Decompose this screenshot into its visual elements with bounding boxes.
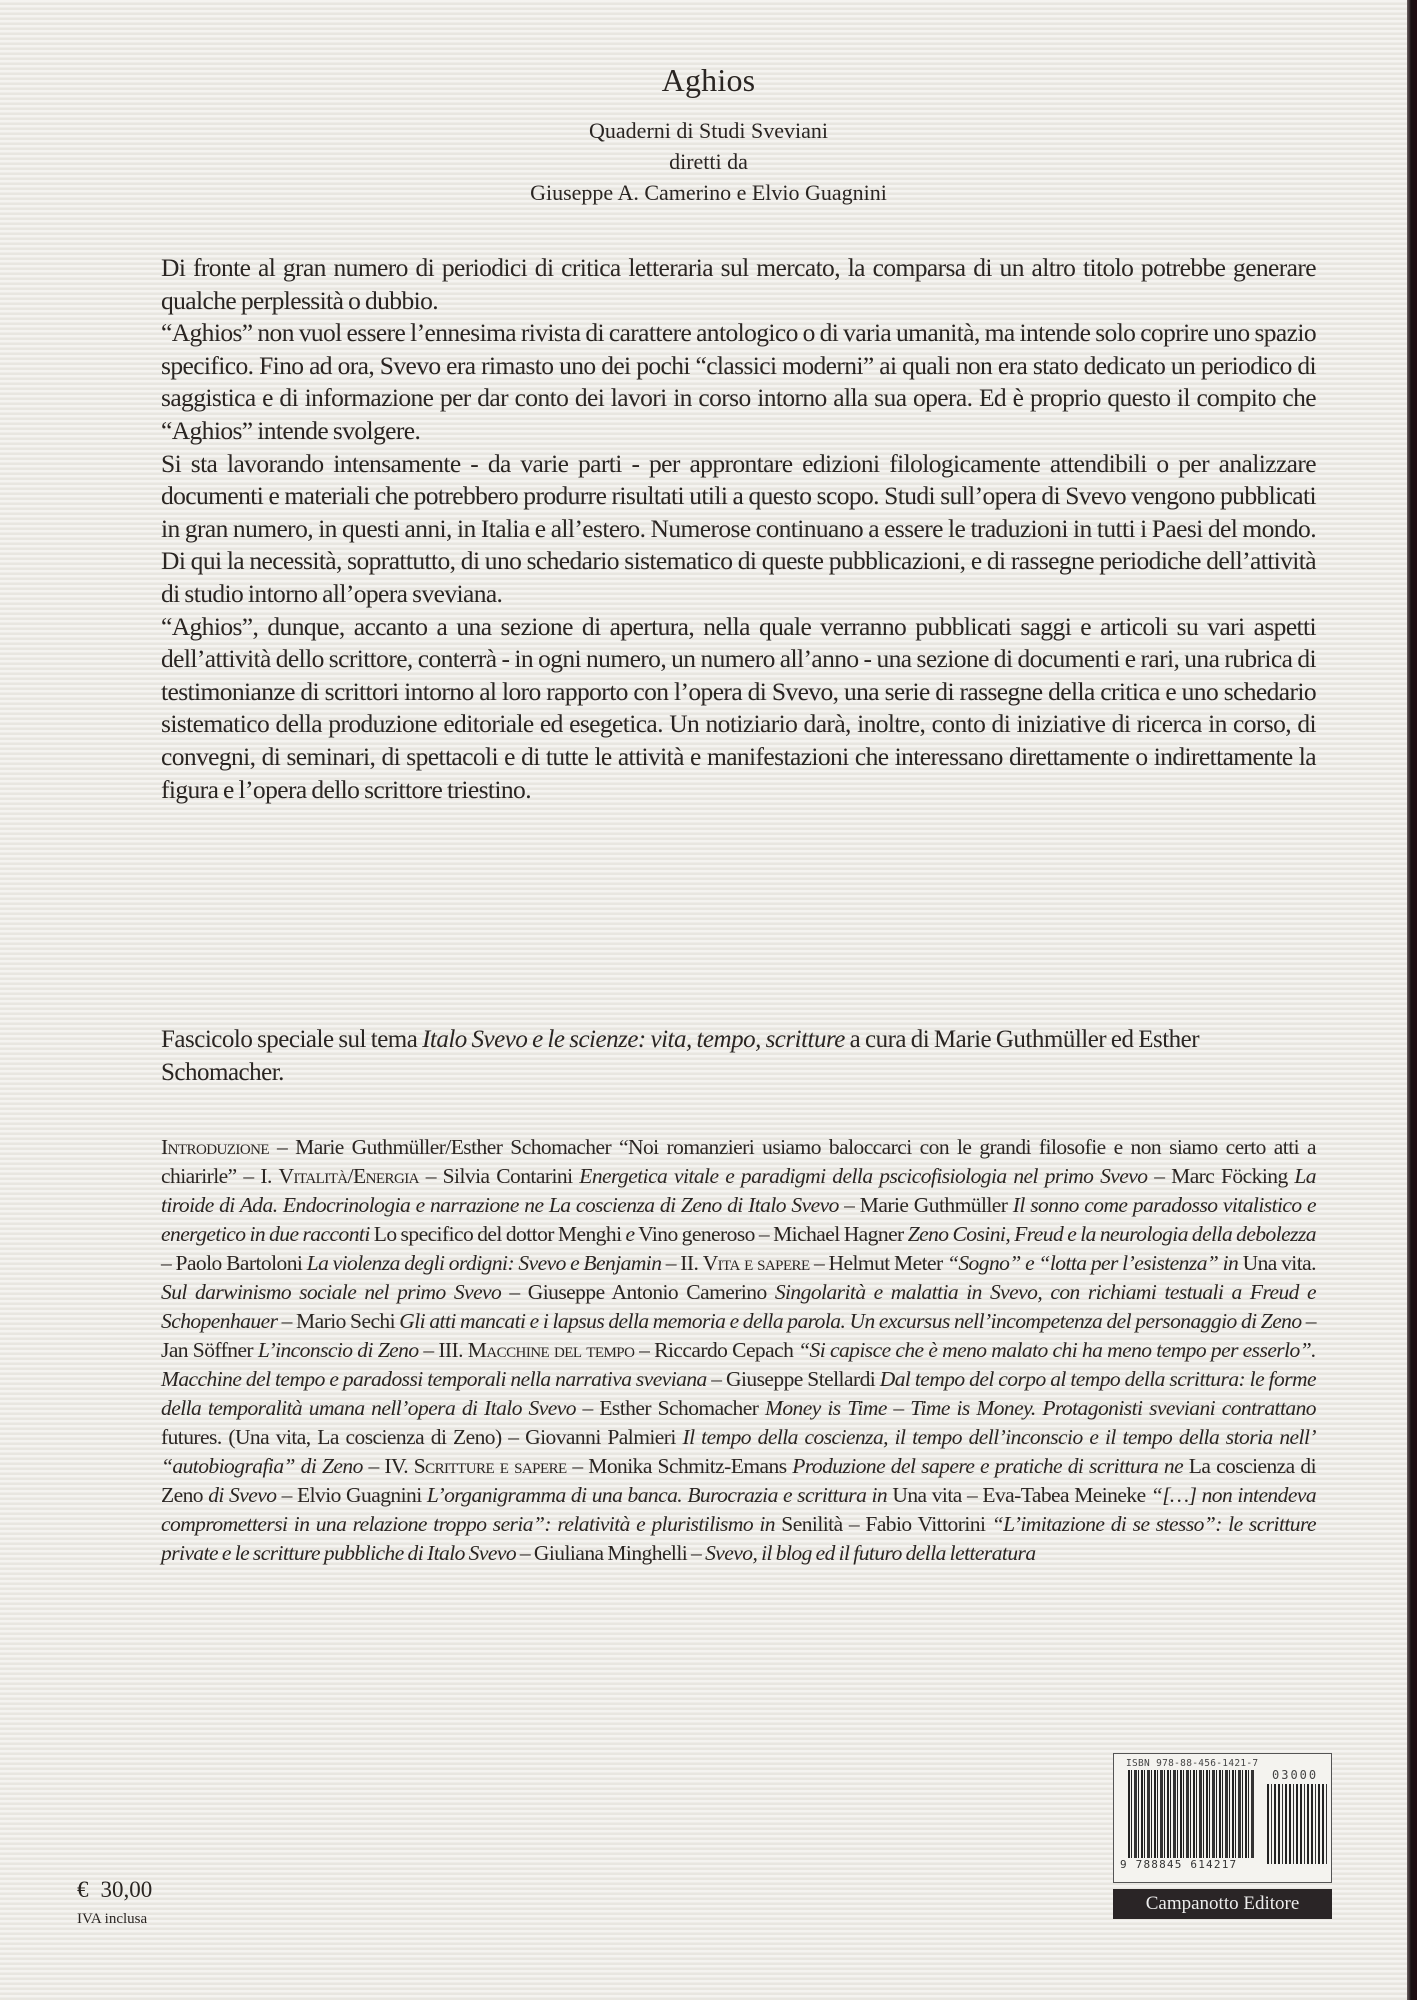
contents-text: – Mario Sechi <box>277 1309 399 1333</box>
contents-text: – Silvia Contarini <box>419 1164 579 1188</box>
description-paragraph: “Aghios”, dunque, accanto a una sezione … <box>161 611 1316 807</box>
currency-symbol: € <box>77 1877 89 1902</box>
contents-text: futures. (Una vita, La coscienza di Zeno… <box>161 1425 683 1449</box>
description-paragraph: Di fronte al gran numero di periodici di… <box>161 252 1316 317</box>
directed-by-label: diretti da <box>0 146 1417 177</box>
series-title: Aghios <box>0 62 1417 99</box>
barcode-addon-bars-icon <box>1267 1784 1329 1864</box>
contents-text: – III. <box>419 1338 468 1362</box>
article-title: La violenza degli ordigni: Svevo e Benja… <box>307 1251 662 1275</box>
article-title: “Sogno” e “lotta per l’esistenza” in <box>947 1251 1238 1275</box>
contents-text: – Giuseppe Stellardi <box>707 1367 880 1391</box>
contents-text: – Marc Föcking <box>1147 1164 1294 1188</box>
contents-text: – Esther Schomacher <box>576 1396 765 1420</box>
contents-text: Vino generoso – Michael Hagner <box>635 1222 908 1246</box>
contents-text: – Riccardo Cepach <box>634 1338 798 1362</box>
special-issue-prefix: Fascicolo speciale sul tema <box>161 1026 422 1053</box>
ean-digits: 9 788845 614217 <box>1120 1858 1237 1871</box>
series-editors: Giuseppe A. Camerino e Elvio Guagnini <box>0 177 1417 208</box>
contents-text: – Giuliana Minghelli – <box>516 1541 705 1565</box>
contents-text: – Marie Guthmüller <box>839 1193 1013 1217</box>
description-paragraph: “Aghios” non vuol essere l’ennesima rivi… <box>161 317 1316 447</box>
contents-text: – Giuseppe Antonio Camerino <box>501 1280 775 1304</box>
isbn-label: ISBN 978-88-456-1421-7 <box>1126 1758 1258 1769</box>
vat-note: IVA inclusa <box>77 1911 147 1928</box>
section-heading: Scritture e sapere <box>414 1454 567 1478</box>
series-subtitle: Quaderni di Studi Sveviani <box>0 115 1417 146</box>
contents-text: Lo specifico del dottor Menghi <box>370 1222 626 1246</box>
article-title: e <box>626 1222 635 1246</box>
article-title: Energetica vitale e paradigmi della psci… <box>579 1164 1147 1188</box>
contents-text: – Helmut Meter <box>810 1251 947 1275</box>
article-title: di Svevo <box>208 1483 276 1507</box>
publisher-label: Campanotto Editore <box>1113 1889 1332 1919</box>
article-title: Sul darwinismo sociale nel primo Svevo <box>161 1280 501 1304</box>
price-amount: 30,00 <box>101 1877 153 1902</box>
article-title: Produzione del sapere e pratiche di scri… <box>792 1454 1183 1478</box>
table-of-contents: Introduzione – Marie Guthmüller/Esther S… <box>161 1133 1316 1568</box>
article-title: Zeno Cosini, Freud e la neurologia della… <box>908 1222 1316 1246</box>
series-description: Di fronte al gran numero di periodici di… <box>161 252 1316 806</box>
article-title: Svevo, il blog ed il futuro della letter… <box>705 1541 1036 1565</box>
barcode-addon-number: 03000 <box>1272 1768 1318 1782</box>
contents-text: – Elvio Guagnini <box>276 1483 426 1507</box>
section-heading: Vitalità/Energia <box>279 1164 419 1188</box>
page-header: Aghios Quaderni di Studi Sveviani dirett… <box>0 62 1417 208</box>
special-issue-note: Fascicolo speciale sul tema Italo Svevo … <box>161 1023 1321 1089</box>
book-spine-edge <box>1407 0 1417 2000</box>
article-title: L’inconscio di Zeno <box>258 1338 419 1362</box>
article-title: L’organigramma di una banca. Burocrazia … <box>427 1483 887 1507</box>
article-title: Gli atti mancati e i lapsus della memori… <box>399 1309 1301 1333</box>
barcode-bars-icon <box>1128 1770 1254 1858</box>
contents-text: – IV. <box>363 1454 414 1478</box>
isbn-barcode: ISBN 978-88-456-1421-7 03000 9 788845 61… <box>1113 1753 1332 1883</box>
contents-text: Senilità – Fabio Vittorini <box>775 1512 992 1536</box>
section-heading: Vita e sapere <box>703 1251 810 1275</box>
contents-text: Una vita. <box>1238 1251 1316 1275</box>
description-paragraph: Si sta lavorando intensamente - da varie… <box>161 448 1316 611</box>
section-heading: Macchine del tempo <box>468 1338 635 1362</box>
article-title: Money is Time – Time is Money. Protagoni… <box>765 1396 1316 1420</box>
contents-text: – II. <box>661 1251 702 1275</box>
contents-text: – Paolo Bartoloni <box>161 1251 307 1275</box>
section-heading: Introduzione <box>161 1135 269 1159</box>
contents-text: – Monika Schmitz-Emans <box>567 1454 793 1478</box>
price: €30,00 <box>77 1877 152 1903</box>
contents-text: Una vita – Eva-Tabea Meineke <box>887 1483 1151 1507</box>
special-issue-theme: Italo Svevo e le scienze: vita, tempo, s… <box>422 1026 845 1053</box>
